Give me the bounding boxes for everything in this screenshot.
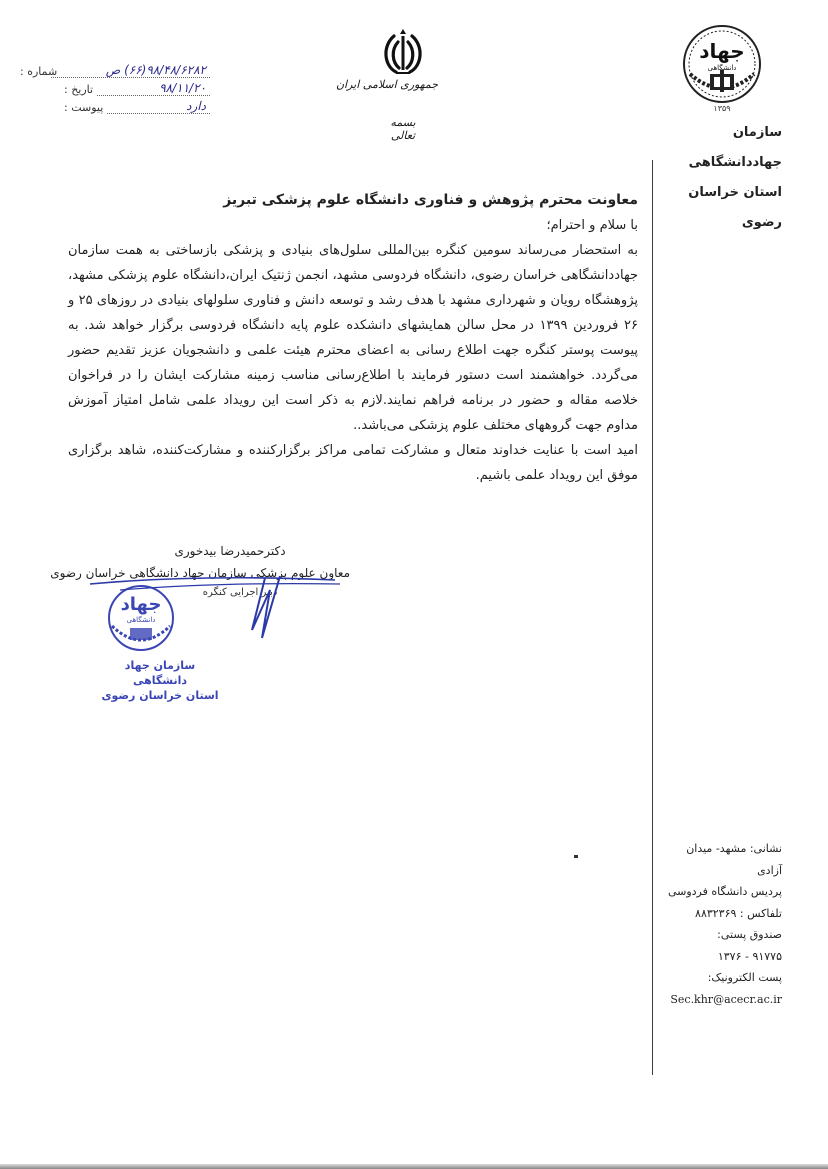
fax: تلفاکس : ۸۸۳۲۳۶۹ <box>662 903 782 925</box>
basmala: بسمه تعالی <box>378 116 428 142</box>
letter-date-row: تاریخ : ۹۸/۱۱/۲۰ <box>20 78 210 96</box>
svg-text:دانشگاهی: دانشگاهی <box>708 63 737 72</box>
recipient: معاونت محترم پژوهش و فناوری دانشگاه علوم… <box>68 188 638 213</box>
letter-meta: شماره : ۹۸/۴۸/۶۲۸۲(۶۶) ص تاریخ : ۹۸/۱۱/۲… <box>20 60 210 114</box>
organization-name: سازمان جهاددانشگاهی استان خراسان رضوی <box>660 118 782 238</box>
stamp-organization: سازمان جهاد دانشگاهی استان خراسان رضوی <box>100 658 220 703</box>
emblem-title: جمهوری اسلامی ایران <box>368 78 438 91</box>
letter-number-row: شماره : ۹۸/۴۸/۶۲۸۲(۶۶) ص <box>20 60 210 78</box>
letter-attachment-row: پیوست : دارد <box>20 96 210 114</box>
address-line2: پردیس دانشگاه فردوسی <box>662 881 782 903</box>
national-emblem: جمهوری اسلامی ایران <box>368 28 438 91</box>
letter-date-label: تاریخ : <box>64 83 93 96</box>
stamp-org-line2: استان خراسان رضوی <box>100 688 220 703</box>
email-label: پست الکترونیک: <box>662 967 782 989</box>
official-stamp-icon: جهاد دانشگاهی <box>98 582 184 652</box>
signer-name: دکترحمیدرضا بیدخوری <box>70 540 350 562</box>
svg-text:جهاد: جهاد <box>121 594 162 615</box>
stray-mark <box>574 855 578 858</box>
logo-year: ۱۳۵۹ <box>700 104 744 113</box>
body-paragraph-1: به استحضار می‌رساند سومین کنگره بین‌المل… <box>68 238 638 438</box>
email-value: Sec.khr@acecr.ac.ir <box>662 989 782 1011</box>
stamp-org-line1: سازمان جهاد دانشگاهی <box>100 658 220 688</box>
scan-bottom-edge <box>0 1164 828 1169</box>
letter-date-value: ۹۸/۱۱/۲۰ <box>97 81 210 96</box>
letter-number-label: شماره : <box>20 65 57 78</box>
logo-text: جهاد <box>699 39 744 63</box>
contact-info: نشانی: مشهد- میدان آزادی پردیس دانشگاه ف… <box>662 838 782 1010</box>
jahad-daneshgahi-logo-icon: جهاد دانشگاهی <box>680 22 764 112</box>
letter-body: معاونت محترم پژوهش و فناوری دانشگاه علوم… <box>68 188 638 488</box>
po-box-value: ۹۱۷۷۵ - ۱۳۷۶ <box>662 946 782 968</box>
iran-emblem-icon <box>380 28 426 76</box>
letter-number-value: ۹۸/۴۸/۶۲۸۲(۶۶) ص <box>51 63 210 78</box>
signer-title: معاون علوم پزشکی سازمان جهاد دانشگاهی خر… <box>70 562 350 584</box>
po-box-label: صندوق پستی: <box>662 924 782 946</box>
letter-attachment-value: دارد <box>107 99 210 114</box>
organization-name-line2: استان خراسان رضوی <box>660 178 782 238</box>
address-line1: نشانی: مشهد- میدان آزادی <box>662 838 782 881</box>
organization-name-line1: سازمان جهاددانشگاهی <box>660 118 782 178</box>
greeting: با سلام و احترام؛ <box>68 213 638 238</box>
vertical-divider <box>652 160 653 1075</box>
body-paragraph-2: امید است با عنایت خداوند متعال و مشارکت … <box>68 438 638 488</box>
svg-text:دانشگاهی: دانشگاهی <box>127 615 156 624</box>
letter-attachment-label: پیوست : <box>64 101 103 114</box>
